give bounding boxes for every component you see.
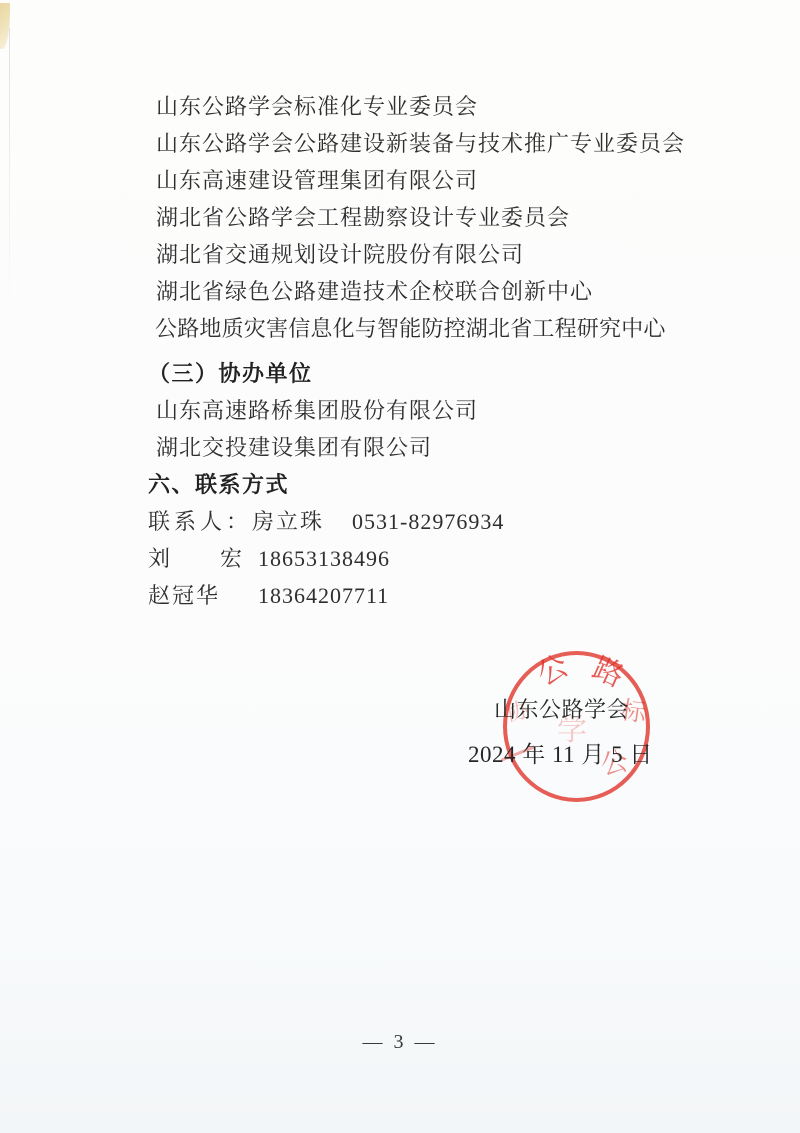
- org-unit-line: 公路地质灾害信息化与智能防控湖北省工程研究中心: [155, 310, 800, 347]
- org-unit-line: 山东公路学会标准化专业委员会: [156, 88, 800, 125]
- org-unit-line: 山东高速建设管理集团有限公司: [156, 162, 800, 199]
- contact-row: 刘 宏 18653138496: [148, 540, 800, 577]
- org-unit-line: 湖北省公路学会工程勘察设计专业委员会: [156, 199, 800, 236]
- assist-units-heading: （三）协办单位: [148, 355, 800, 392]
- assist-unit-line: 山东高速路桥集团股份有限公司: [156, 392, 800, 429]
- page-number: — 3 —: [0, 1031, 800, 1054]
- contact-phone: 18653138496: [258, 540, 390, 577]
- contact-label: 联系人：: [148, 503, 252, 540]
- document-body: 山东公路学会标准化专业委员会 山东公路学会公路建设新装备与技术推广专业委员会 山…: [0, 88, 800, 614]
- contact-name: 房立珠: [252, 503, 324, 540]
- contact-section-heading: 六、联系方式: [148, 466, 800, 503]
- signature-date: 2024 年 11 月 5 日: [468, 736, 653, 769]
- org-unit-line: 山东公路学会公路建设新装备与技术推广专业委员会: [156, 125, 800, 162]
- contact-phone: 18364207711: [258, 577, 389, 614]
- contact-name: 刘 宏: [148, 540, 256, 577]
- document-page: 山东公路学会标准化专业委员会 山东公路学会公路建设新装备与技术推广专业委员会 山…: [0, 0, 800, 1133]
- org-unit-line: 湖北省交通规划设计院股份有限公司: [156, 236, 800, 273]
- org-unit-line: 湖北省绿色公路建造技术企校联合创新中心: [156, 273, 800, 310]
- contact-phone: 0531-82976934: [352, 503, 504, 540]
- assist-unit-line: 湖北交投建设集团有限公司: [156, 429, 800, 466]
- contact-row: 赵冠华 18364207711: [148, 577, 800, 614]
- contact-name: 赵冠华: [148, 577, 256, 614]
- contact-row: 联系人： 房立珠 0531-82976934: [148, 503, 800, 540]
- signature-organization: 山东公路学会: [494, 693, 629, 724]
